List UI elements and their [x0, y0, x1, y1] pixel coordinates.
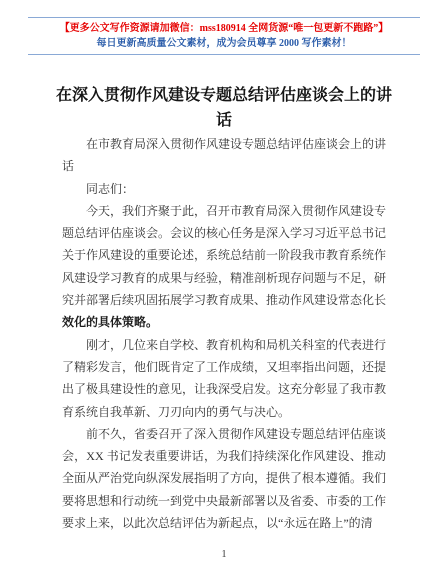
- paragraph-3: 前不久，省委召开了深入贯彻作风建设专题总结评估座谈会，XX 书记发表重要讲话，为…: [62, 423, 386, 534]
- paragraph-2: 刚才，几位来自学校、教育机构和局机关科室的代表进行了精彩发言，他们既肯定了工作成…: [62, 334, 386, 423]
- salutation: 同志们：: [62, 178, 386, 200]
- promo-line-red: 【更多公文写作资源请加微信：mss180914 全网货源“唯一包更新不跑路”】: [28, 23, 420, 35]
- page-number: 1: [0, 549, 448, 560]
- subtitle-paragraph: 在市教育局深入贯彻作风建设专题总结评估座谈会上的讲话: [62, 133, 386, 178]
- document-page: 【更多公文写作资源请加微信：mss180914 全网货源“唯一包更新不跑路”】 …: [0, 0, 448, 580]
- promo-header: 【更多公文写作资源请加微信：mss180914 全网货源“唯一包更新不跑路”】 …: [28, 17, 420, 55]
- paragraph-1-bold-text: 效化的具体策略。: [62, 315, 158, 329]
- promo-line-blue: 每日更新高质量公文素材，成为会员尊享 2000 写作素材！: [28, 38, 420, 50]
- paragraph-1: 今天，我们齐聚于此，召开市教育局深入贯彻作风建设专题总结评估座谈会。会议的核心任…: [62, 200, 386, 334]
- document-body: 在市教育局深入贯彻作风建设专题总结评估座谈会上的讲话 同志们： 今天，我们齐聚于…: [62, 133, 386, 534]
- paragraph-1-text: 今天，我们齐聚于此，召开市教育局深入贯彻作风建设专题总结评估座谈会。会议的核心任…: [62, 204, 386, 307]
- document-title: 在深入贯彻作风建设专题总结评估座谈会上的讲话: [56, 83, 392, 133]
